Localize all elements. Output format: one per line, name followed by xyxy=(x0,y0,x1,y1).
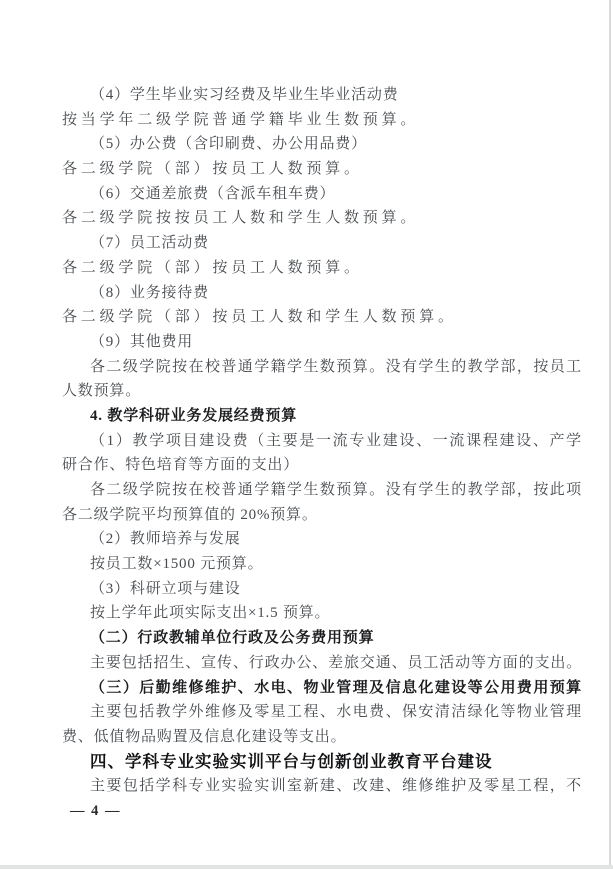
text-line: 四、学科专业实验实训平台与创新创业教育平台建设 xyxy=(62,750,582,775)
text-line: 按当学年二级学院普通学籍毕业生数预算。 xyxy=(62,108,582,133)
text-line: （6）交通差旅费（含派车租车费） xyxy=(62,182,582,207)
text-line: （5）办公费（含印刷费、办公用品费） xyxy=(62,132,582,157)
page-number: — 4 — xyxy=(70,803,121,820)
text-line: （7）员工活动费 xyxy=(62,231,582,256)
text-line: （二）行政教辅单位行政及公务费用预算 xyxy=(62,626,582,651)
document-page: （4）学生毕业实习经费及毕业生毕业活动费按当学年二级学院普通学籍毕业生数预算。（… xyxy=(0,0,613,869)
text-line: 各二级学院（部）按员工人数预算。 xyxy=(62,157,582,182)
text-line: 主要包括招生、宣传、行政办公、差旅交通、员工活动等方面的支出。 xyxy=(62,651,582,676)
text-line: （8）业务接待费 xyxy=(62,281,582,306)
text-line: （3）科研立项与建设 xyxy=(62,577,582,602)
text-line: 按上学年此项实际支出×1.5 预算。 xyxy=(62,601,582,626)
text-line: 各二级学院（部）按员工人数预算。 xyxy=(62,256,582,281)
text-line: 各二级学院按在校普通学籍学生数预算。没有学生的教学部，按此项 xyxy=(62,478,582,503)
text-line: 4. 教学科研业务发展经费预算 xyxy=(62,404,582,429)
document-body: （4）学生毕业实习经费及毕业生毕业活动费按当学年二级学院普通学籍毕业生数预算。（… xyxy=(62,83,582,799)
scan-edge-bottom xyxy=(0,865,613,869)
text-line: （4）学生毕业实习经费及毕业生毕业活动费 xyxy=(62,83,582,108)
text-line: 研合作、特色培育等方面的支出） xyxy=(62,453,582,478)
text-line: 主要包括学科专业实验实训室新建、改建、维修维护及零星工程，不 xyxy=(62,774,582,799)
scan-edge-right xyxy=(609,0,611,869)
text-line: （1）教学项目建设费（主要是一流专业建设、一流课程建设、产学 xyxy=(62,429,582,454)
text-line: 各二级学院按按员工人数和学生人数预算。 xyxy=(62,206,582,231)
text-line: 各二级学院（部）按员工人数和学生人数预算。 xyxy=(62,305,582,330)
text-line: 各二级学院按在校普通学籍学生数预算。没有学生的教学部，按员工 xyxy=(62,355,582,380)
text-line: （三）后勤维修维护、水电、物业管理及信息化建设等公用费用预算 xyxy=(62,676,582,701)
text-line: 按员工数×1500 元预算。 xyxy=(62,552,582,577)
text-line: 主要包括教学外维修及零星工程、水电费、保安清洁绿化等物业管理 xyxy=(62,700,582,725)
text-line: （9）其他费用 xyxy=(62,330,582,355)
text-line: 各二级学院平均预算值的 20%预算。 xyxy=(62,503,582,528)
text-line: 费、低值物品购置及信息化建设等支出。 xyxy=(62,725,582,750)
text-line: 人数预算。 xyxy=(62,379,582,404)
text-line: （2）教师培养与发展 xyxy=(62,527,582,552)
